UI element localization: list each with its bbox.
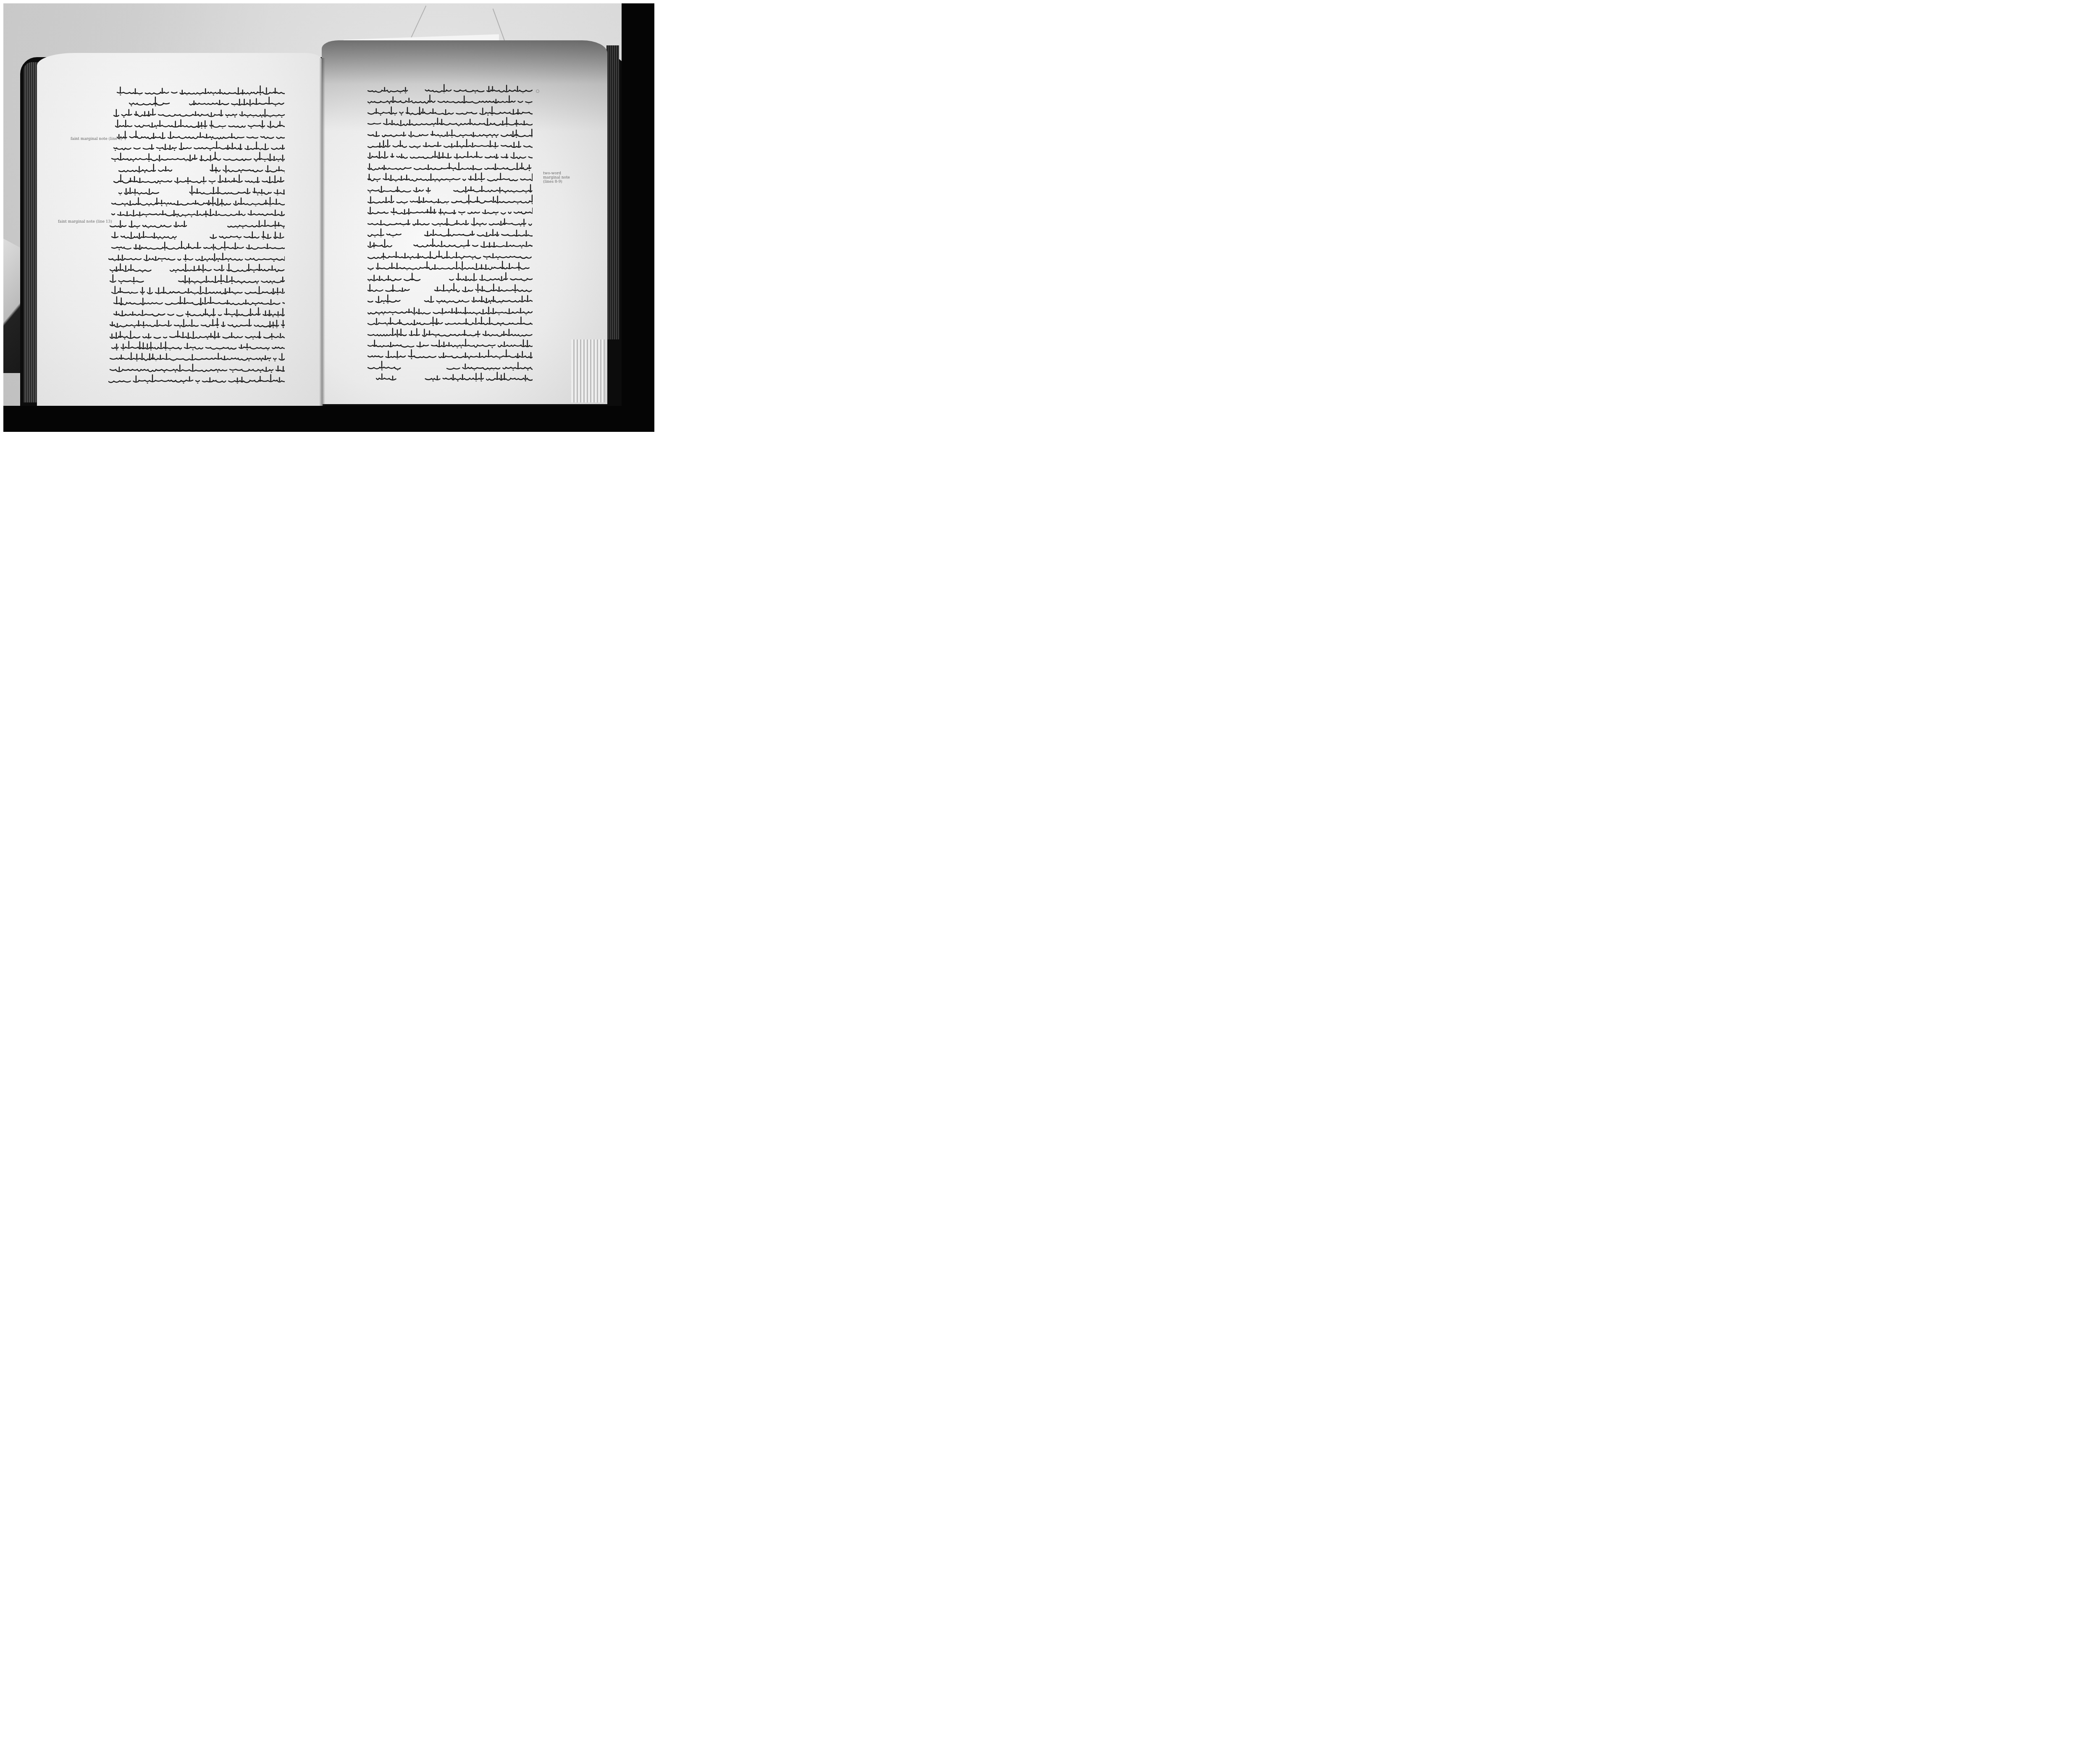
manuscript-line bbox=[365, 183, 533, 193]
ink-stroke bbox=[365, 260, 533, 271]
ink-stroke bbox=[365, 338, 533, 348]
manuscript-line bbox=[365, 161, 533, 171]
manuscript-line bbox=[108, 130, 285, 139]
manuscript-line bbox=[365, 305, 533, 315]
ink-stroke bbox=[365, 161, 533, 171]
manuscript-line bbox=[108, 240, 285, 250]
manuscript-photograph: faint marginal note (line 5) faint margi… bbox=[3, 3, 654, 432]
manuscript-line bbox=[108, 307, 285, 317]
manuscript-line bbox=[365, 327, 533, 337]
ink-stroke bbox=[365, 316, 533, 326]
ink-stroke bbox=[365, 216, 533, 226]
manuscript-line bbox=[365, 338, 533, 348]
ink-stroke bbox=[365, 283, 533, 293]
manuscript-line bbox=[108, 285, 285, 294]
ink-stroke bbox=[365, 371, 533, 381]
manuscript-line bbox=[108, 141, 285, 150]
manuscript-line bbox=[108, 340, 285, 350]
manuscript-line bbox=[365, 294, 533, 303]
left-page-text bbox=[108, 85, 285, 385]
manuscript-line bbox=[365, 83, 533, 93]
dark-foreground bbox=[3, 406, 654, 432]
ink-stroke bbox=[365, 238, 533, 248]
manuscript-line bbox=[108, 108, 285, 117]
ink-stroke bbox=[365, 183, 533, 193]
manuscript-line bbox=[365, 260, 533, 270]
ink-stroke bbox=[108, 229, 285, 239]
right-margin-note: two-word marginal note (lines 8-9) bbox=[543, 171, 572, 184]
manuscript-line bbox=[108, 318, 285, 328]
page-block-right bbox=[571, 339, 605, 402]
ink-stroke bbox=[108, 274, 285, 284]
ink-stroke bbox=[108, 108, 285, 118]
right-page-stack bbox=[606, 45, 619, 339]
ink-stroke bbox=[108, 174, 285, 184]
ink-stroke bbox=[108, 351, 285, 361]
ink-stroke bbox=[108, 296, 285, 306]
ink-stroke bbox=[108, 307, 285, 317]
ink-stroke bbox=[365, 205, 533, 215]
book-gutter bbox=[319, 58, 325, 407]
ink-stroke bbox=[365, 250, 533, 260]
manuscript-line bbox=[108, 185, 285, 195]
manuscript-line bbox=[108, 363, 285, 372]
ink-stroke bbox=[365, 327, 533, 337]
ink-stroke bbox=[365, 83, 533, 93]
ink-stroke bbox=[108, 373, 285, 384]
ink-stroke bbox=[365, 194, 533, 204]
manuscript-line bbox=[365, 216, 533, 226]
manuscript-line bbox=[108, 96, 285, 106]
ink-stroke bbox=[108, 263, 285, 273]
manuscript-line bbox=[365, 316, 533, 326]
manuscript-line bbox=[108, 163, 285, 173]
ink-stroke bbox=[108, 85, 285, 95]
page-marker-icon bbox=[536, 89, 539, 93]
manuscript-line bbox=[365, 238, 533, 248]
manuscript-line bbox=[108, 85, 285, 95]
manuscript-line bbox=[365, 128, 533, 137]
ink-stroke bbox=[108, 207, 285, 217]
manuscript-line bbox=[365, 360, 533, 370]
ink-stroke bbox=[108, 152, 285, 162]
manuscript-line bbox=[365, 349, 533, 359]
ink-stroke bbox=[108, 141, 285, 151]
ink-stroke bbox=[365, 360, 533, 371]
ink-stroke bbox=[108, 185, 285, 195]
manuscript-line bbox=[108, 263, 285, 272]
manuscript-line bbox=[365, 194, 533, 204]
ink-stroke bbox=[365, 150, 533, 160]
ink-stroke bbox=[108, 130, 285, 140]
ink-stroke bbox=[365, 305, 533, 315]
manuscript-line bbox=[108, 329, 285, 339]
ink-stroke bbox=[365, 294, 533, 304]
ink-stroke bbox=[365, 172, 533, 182]
dark-edge bbox=[622, 3, 654, 432]
manuscript-line bbox=[108, 152, 285, 161]
ink-stroke bbox=[365, 139, 533, 149]
ink-stroke bbox=[108, 163, 285, 173]
manuscript-line bbox=[108, 207, 285, 217]
ink-stroke bbox=[108, 285, 285, 295]
manuscript-line bbox=[365, 116, 533, 126]
manuscript-line bbox=[108, 274, 285, 284]
manuscript-line bbox=[365, 283, 533, 292]
manuscript-line bbox=[108, 351, 285, 361]
ink-stroke bbox=[365, 116, 533, 126]
ink-stroke bbox=[108, 218, 285, 229]
manuscript-line bbox=[365, 150, 533, 159]
ink-stroke bbox=[365, 94, 533, 104]
ink-stroke bbox=[365, 105, 533, 116]
ink-stroke bbox=[365, 128, 533, 138]
manuscript-line bbox=[365, 172, 533, 181]
ink-stroke bbox=[108, 196, 285, 206]
ink-stroke bbox=[108, 329, 285, 339]
manuscript-line bbox=[108, 229, 285, 239]
ink-stroke bbox=[108, 118, 285, 129]
left-margin-note: faint marginal note (line 5) bbox=[71, 137, 122, 141]
manuscript-line bbox=[365, 205, 533, 215]
manuscript-line bbox=[108, 373, 285, 383]
manuscript-line bbox=[108, 196, 285, 206]
manuscript-line bbox=[365, 272, 533, 281]
manuscript-line bbox=[108, 118, 285, 128]
ink-stroke bbox=[108, 96, 285, 106]
manuscript-line bbox=[365, 139, 533, 148]
manuscript-line bbox=[108, 218, 285, 228]
left-margin-note: faint marginal note (line 13) bbox=[58, 220, 112, 224]
manuscript-line bbox=[365, 250, 533, 259]
manuscript-line bbox=[108, 252, 285, 261]
ink-stroke bbox=[365, 272, 533, 282]
manuscript-line bbox=[365, 105, 533, 115]
ink-stroke bbox=[365, 227, 533, 237]
ink-stroke bbox=[108, 363, 285, 373]
right-page-text bbox=[365, 83, 533, 383]
manuscript-line bbox=[365, 227, 533, 237]
ink-stroke bbox=[108, 240, 285, 250]
ink-stroke bbox=[108, 318, 285, 328]
ink-stroke bbox=[108, 340, 285, 350]
ink-stroke bbox=[108, 252, 285, 262]
ink-stroke bbox=[365, 349, 533, 359]
manuscript-line bbox=[365, 94, 533, 104]
manuscript-line bbox=[108, 296, 285, 305]
manuscript-line bbox=[108, 174, 285, 184]
manuscript-line bbox=[365, 371, 533, 381]
